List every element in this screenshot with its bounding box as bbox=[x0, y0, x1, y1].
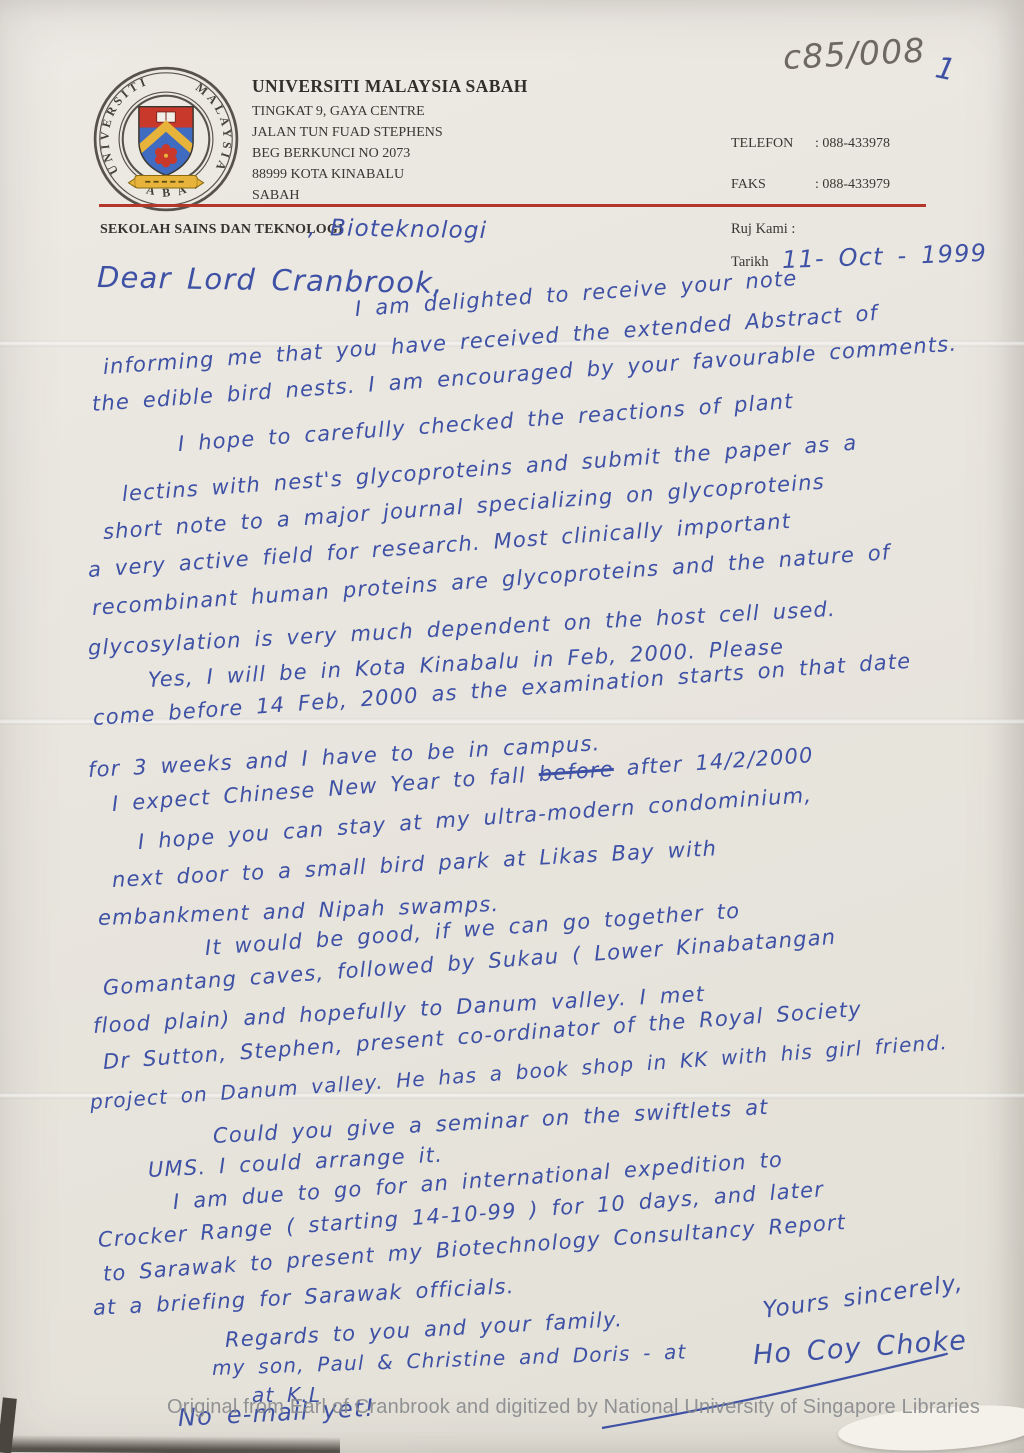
archival-code: c85/008 bbox=[782, 31, 926, 77]
telefon-row: TELEFON : 088-433978 bbox=[731, 136, 890, 152]
scan-edge-shadow bbox=[0, 1435, 340, 1453]
seal-scroll bbox=[128, 176, 203, 189]
telefon-label: TELEFON bbox=[731, 136, 815, 152]
faks-row: FAKS : 088-433979 bbox=[731, 177, 890, 193]
university-seal-logo: UNIVERSITI MALAYSIA SABAH bbox=[93, 66, 239, 212]
signature-flourish bbox=[596, 1348, 952, 1436]
telefon-value: : 088-433978 bbox=[815, 136, 890, 152]
address-line: BEG BERKUNCI NO 2073 bbox=[252, 143, 443, 164]
address-line: TINGKAT 9, GAYA CENTRE bbox=[252, 101, 443, 122]
address-line: JALAN TUN FUAD STEPHENS bbox=[252, 122, 443, 143]
department-handwritten: , Bioteknologi bbox=[308, 215, 488, 244]
university-address: TINGKAT 9, GAYA CENTRE JALAN TUN FUAD ST… bbox=[252, 101, 443, 206]
seal-arc-malaysia: MALAYSIA bbox=[193, 80, 235, 176]
address-line: SABAH bbox=[252, 185, 443, 206]
scanned-letter-page: UNIVERSITI MALAYSIA SABAH bbox=[0, 0, 1024, 1453]
faks-value: : 088-433979 bbox=[815, 177, 890, 193]
red-divider-rule bbox=[99, 204, 926, 207]
faks-label: FAKS bbox=[731, 177, 815, 193]
university-name: UNIVERSITI MALAYSIA SABAH bbox=[252, 76, 528, 97]
seal-shield bbox=[139, 107, 193, 177]
digitization-watermark: Original from Earl of Cranbrook and digi… bbox=[167, 1396, 980, 1419]
address-line: 88999 KOTA KINABALU bbox=[252, 164, 443, 185]
ruj-kami-label: Ruj Kami : bbox=[731, 221, 795, 238]
